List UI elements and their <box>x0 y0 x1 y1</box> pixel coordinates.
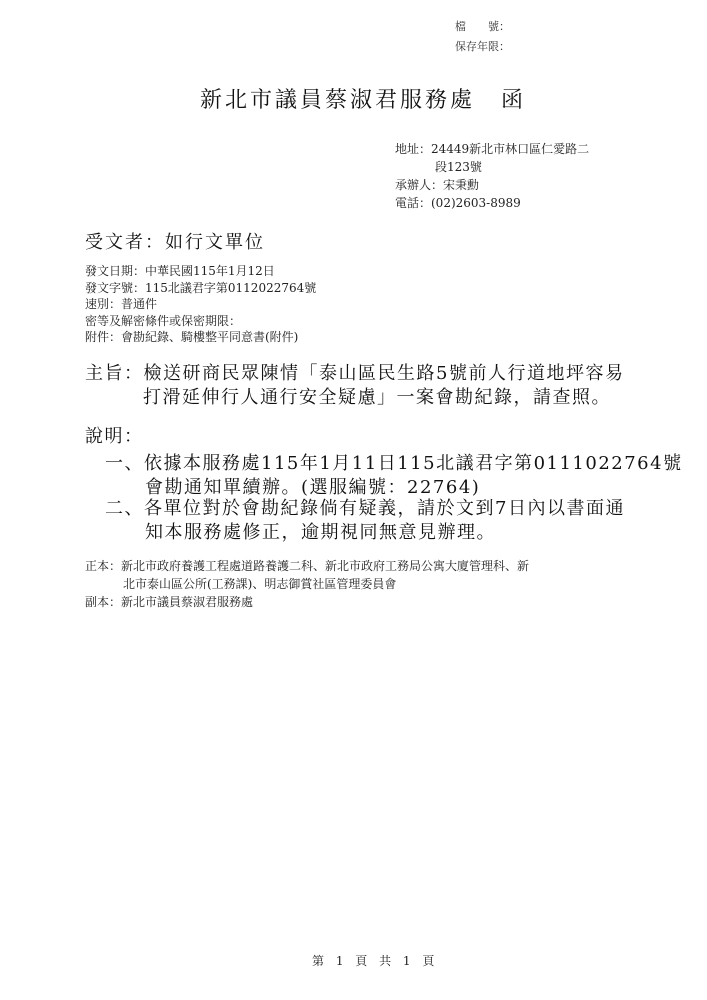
subject-line-2: 打滑延伸行人通行安全疑慮」一案會勘紀錄，請查照。 <box>85 386 624 410</box>
file-number-label: 檔 號： <box>455 18 510 34</box>
contact-block: 地址：24449新北市林口區仁愛路二 段123號 承辦人：宋秉勳 電話：(02)… <box>395 140 589 212</box>
address-line-2: 段123號 <box>395 158 589 176</box>
explanation-item-2: 二、各單位對於會勘紀錄倘有疑義，請於文到7日內以書面通 知本服務處修正，逾期視同… <box>105 497 625 545</box>
meta-block: 發文日期：中華民國115年1月12日 發文字號：115北議君字第01120227… <box>85 263 316 346</box>
distribution-block: 正本：新北市政府養護工程處道路養護二科、新北市政府工務局公寓大廈管理科、新 北市… <box>85 557 529 611</box>
original-recipients-line-1: 正本：新北市政府養護工程處道路養護二科、新北市政府工務局公寓大廈管理科、新 <box>85 557 529 575</box>
address-line-1: 地址：24449新北市林口區仁愛路二 <box>395 140 589 158</box>
document-type: 函 <box>501 88 526 113</box>
document-number: 發文字號：115北議君字第0112022764號 <box>85 280 316 297</box>
explanation-item-2-line-1: 二、各單位對於會勘紀錄倘有疑義，請於文到7日內以書面通 <box>105 497 625 521</box>
handler: 承辦人：宋秉勳 <box>395 176 589 194</box>
original-recipients-line-2: 北市泰山區公所(工務課)、明志御賞社區管理委員會 <box>85 575 529 593</box>
subject-block: 主旨：檢送研商民眾陳情「泰山區民生路5號前人行道地坪容易 打滑延伸行人通行安全疑… <box>85 362 624 410</box>
document-title: 新北市議員蔡淑君服務處函 <box>200 83 526 114</box>
phone: 電話：(02)2603-8989 <box>395 194 589 212</box>
retention-period-label: 保存年限： <box>455 38 510 54</box>
security-level: 密等及解密條件或保密期限： <box>85 313 316 330</box>
office-name: 新北市議員蔡淑君服務處 <box>200 88 475 113</box>
attachments: 附件：會勘紀錄、騎樓整平同意書(附件) <box>85 329 316 346</box>
speed-class: 速別：普通件 <box>85 296 316 313</box>
explanation-item-1: 一、依據本服務處115年1月11日115北議君字第0111022764號 會勘通… <box>105 452 683 500</box>
copy-recipients: 副本：新北市議員蔡淑君服務處 <box>85 593 529 611</box>
recipient: 受文者：如行文單位 <box>85 228 265 254</box>
subject-line-1: 主旨：檢送研商民眾陳情「泰山區民生路5號前人行道地坪容易 <box>85 362 624 386</box>
explanation-item-1-line-1: 一、依據本服務處115年1月11日115北議君字第0111022764號 <box>105 452 683 476</box>
explanation-item-2-line-2: 知本服務處修正，逾期視同無意見辦理。 <box>105 521 625 545</box>
page-number: 第 1 頁 共 1 頁 <box>312 952 438 969</box>
explanation-label: 說明： <box>85 425 144 449</box>
issue-date: 發文日期：中華民國115年1月12日 <box>85 263 316 280</box>
